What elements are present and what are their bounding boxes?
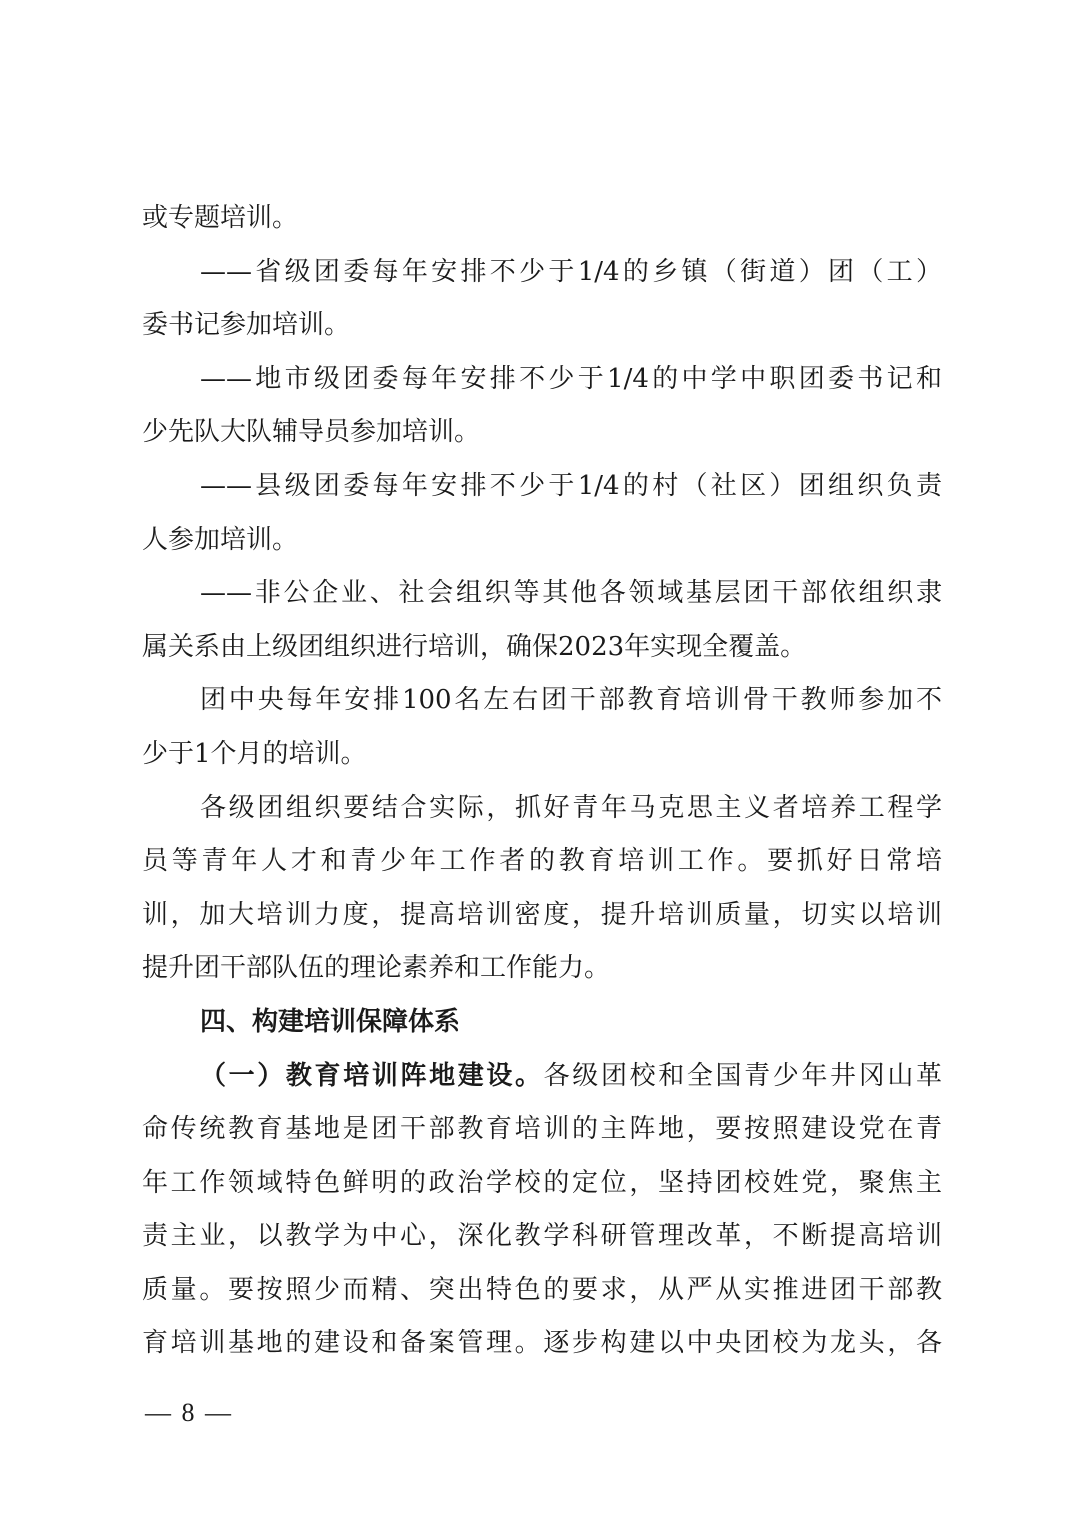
text-line: 责主业，以教学为中心，深化教学科研管理改革，不断提高培训 — [142, 1210, 942, 1264]
page-number: — 8 — — [145, 1393, 233, 1433]
text-line: 年工作领域特色鲜明的政治学校的定位，坚持团校姓党，聚焦主 — [142, 1157, 942, 1211]
text-line: ——非公企业、社会组织等其他各领域基层团干部依组织隶 — [142, 567, 942, 621]
subsection-heading: （一）教育培训阵地建设。 — [200, 1061, 544, 1091]
text-line: 训，加大培训力度，提高培训密度，提升培训质量，切实以培训 — [142, 889, 942, 943]
text-line: ——地市级团委每年安排不少于1/4的中学中职团委书记和 — [142, 353, 942, 407]
text-line: 提升团干部队伍的理论素养和工作能力。 — [142, 942, 942, 996]
text-line: 质量。要按照少而精、突出特色的要求，从严从实推进团干部教 — [142, 1264, 942, 1318]
text-line: 属关系由上级团组织进行培训，确保2023年实现全覆盖。 — [142, 621, 942, 675]
text-line: 各级团组织要结合实际，抓好青年马克思主义者培养工程学 — [142, 782, 942, 836]
text-line: 员等青年人才和青少年工作者的教育培训工作。要抓好日常培 — [142, 835, 942, 889]
text-line: ——省级团委每年安排不少于1/4的乡镇（街道）团（工） — [142, 246, 942, 300]
text-line: ——县级团委每年安排不少于1/4的村（社区）团组织负责 — [142, 460, 942, 514]
text-line: 委书记参加培训。 — [142, 299, 942, 353]
text-line: 或专题培训。 — [142, 192, 942, 246]
section-heading: 四、构建培训保障体系 — [142, 996, 942, 1050]
text-line: 人参加培训。 — [142, 514, 942, 568]
text-line: 育培训基地的建设和备案管理。逐步构建以中央团校为龙头，各 — [142, 1317, 942, 1371]
document-body: 或专题培训。 ——省级团委每年安排不少于1/4的乡镇（街道）团（工） 委书记参加… — [142, 192, 942, 1371]
text-line: 团中央每年安排100名左右团干部教育培训骨干教师参加不 — [142, 674, 942, 728]
text-line: 少先队大队辅导员参加培训。 — [142, 406, 942, 460]
text-line: 少于1个月的培训。 — [142, 728, 942, 782]
subsection-text: 各级团校和全国青少年井冈山革 — [544, 1061, 942, 1091]
text-line: 命传统教育基地是团干部教育培训的主阵地，要按照建设党在青 — [142, 1103, 942, 1157]
subsection-line: （一）教育培训阵地建设。各级团校和全国青少年井冈山革 — [142, 1050, 942, 1104]
